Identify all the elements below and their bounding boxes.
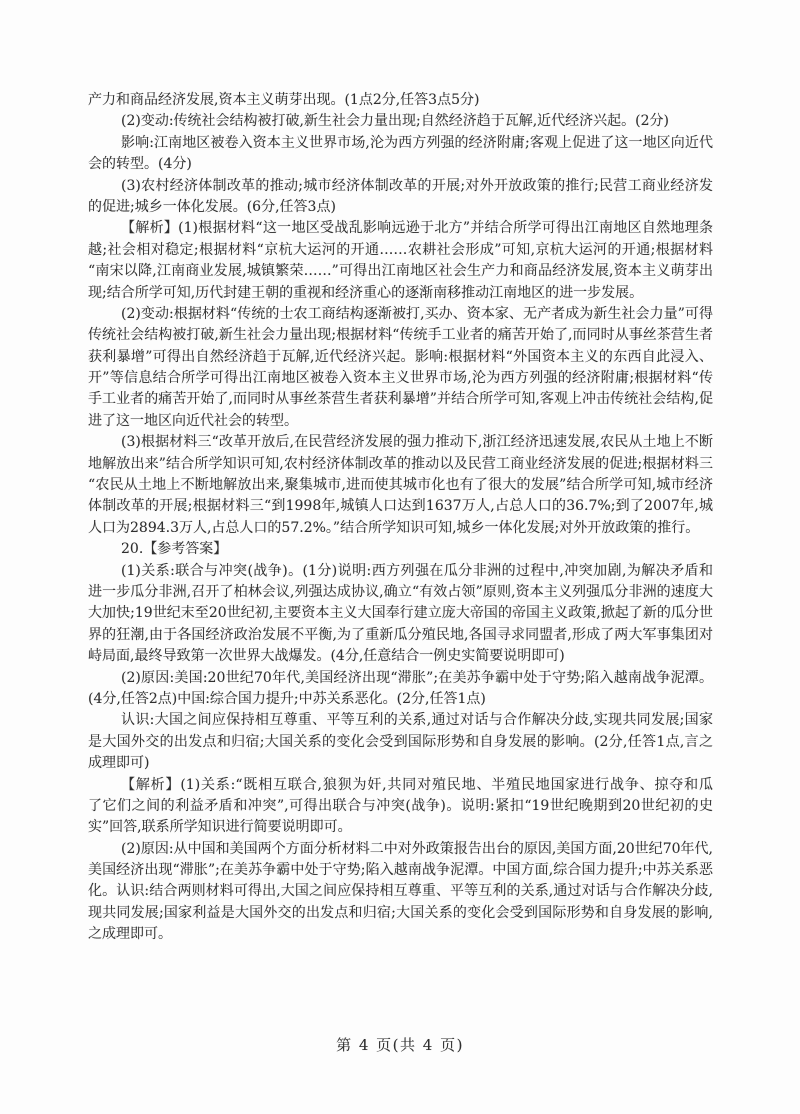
text-line: 化。认识:结合两则材料可得出,大国之间应保持相互尊重、平等互利的关系,通过对话与… <box>88 881 713 902</box>
text-line: 越;社会相对稳定;根据材料“京杭大运河的开通……农耕社会形成”可知,京杭大运河的… <box>88 240 713 261</box>
text-line: 的促进;城乡一体化发展。(6分,任答3点) <box>88 197 713 218</box>
text-line: (3)农村经济体制改革的推动;城市经济体制改革的开展;对外开放政策的推行;民营工… <box>88 176 713 197</box>
text-line: 影响:江南地区被卷入资本主义世界市场,沦为西方列强的经济附庸;客观上促进了这一地… <box>88 133 713 154</box>
text-line: 20.【参考答案】 <box>88 539 713 560</box>
text-line: 是大国外交的出发点和归宿;大国关系的变化会受到国际形势和自身发展的影响。(2分,… <box>88 732 713 753</box>
text-line: 认识:大国之间应保持相互尊重、平等互利的关系,通过对话与合作解决分歧,实现共同发… <box>88 710 713 731</box>
text-line: 手工业者的痛苦开始了,而同时从事丝茶营生者获利暴增”并结合所学可知,客观上冲击传… <box>88 389 713 410</box>
text-line: 峙局面,最终导致第一次世界大战爆发。(4分,任意结合一例史实简要说明即可) <box>88 646 713 667</box>
text-line: 人口为2894.3万人,占总人口的57.2%。”结合所学知识可知,城乡一体化发展… <box>88 518 713 539</box>
text-line: 大加快;19世纪末至20世纪初,主要资本主义大国奉行建立庞大帝国的帝国主义政策,… <box>88 603 713 624</box>
text-line: 传统社会结构被打破,新生社会力量出现;根据材料“传统手工业者的痛苦开始了,而同时… <box>88 325 713 346</box>
text-line: 美国经济出现“滞胀”;在美苏争霸中处于守势;陷入越南战争泥潭。中国方面,综合国力… <box>88 860 713 881</box>
text-line: “南宋以降,江南商业发展,城镇繁荣……”可得出江南地区社会生产力和商品经济发展,… <box>88 261 713 282</box>
text-line: (4分,任答2点)中国:综合国力提升;中苏关系恶化。(2分,任答1点) <box>88 689 713 710</box>
text-line: “农民从土地上不断地解放出来,聚集城市,进而使其城市化也有了很大的发展”结合所学… <box>88 475 713 496</box>
text-line: 产力和商品经济发展,资本主义萌芽出现。(1点2分,任答3点5分) <box>88 90 713 111</box>
text-line: (1)关系:联合与冲突(战争)。(1分)说明:西方列强在瓜分非洲的过程中,冲突加… <box>88 561 713 582</box>
text-line: (2)变动:传统社会结构被打破,新生社会力量出现;自然经济趋于瓦解,近代经济兴起… <box>88 111 713 132</box>
page-number: 第 4 页(共 4 页) <box>336 1036 464 1054</box>
text-line: 获利暴增”可得出自然经济趋于瓦解,近代经济兴起。影响:根据材料“外国资本主义的东… <box>88 347 713 368</box>
text-line: 开”等信息结合所学可得出江南地区被卷入资本主义世界市场,沦为西方列强的经济附庸;… <box>88 368 713 389</box>
text-line: 成理即可) <box>88 753 713 774</box>
text-line: 地解放出来”结合所学知识可知,农村经济体制改革的推动以及民营工商业经济发展的促进… <box>88 454 713 475</box>
text-line: 体制改革的开展;根据材料三“到1998年,城镇人口达到1637万人,占总人口的3… <box>88 496 713 517</box>
text-line: 进了这一地区向近代社会的转型。 <box>88 411 713 432</box>
text-line: (2)原因:美国:20世纪70年代,美国经济出现“滞胀”;在美苏争霸中处于守势;… <box>88 668 713 689</box>
text-line: 界的狂潮,由于各国经济政治发展不平衡,为了重新瓜分殖民地,各国寻求同盟者,形成了… <box>88 625 713 646</box>
text-line: 了它们之间的利益矛盾和冲突”,可得出联合与冲突(战争)。说明:紧扣“19世纪晚期… <box>88 796 713 817</box>
text-line: 之成理即可。 <box>88 924 713 945</box>
text-line: 现;结合所学可知,历代封建王朝的重视和经济重心的逐渐南移推动江南地区的进一步发展… <box>88 283 713 304</box>
page-footer: 第 4 页(共 4 页) <box>0 1035 800 1055</box>
text-line: (2)变动:根据材料“传统的士农工商结构逐渐被打,买办、资本家、无产者成为新生社… <box>88 304 713 325</box>
text-line: (2)原因:从中国和美国两个方面分析材料二中对外政策报告出台的原因,美国方面,2… <box>88 839 713 860</box>
document-page: 产力和商品经济发展,资本主义萌芽出现。(1点2分,任答3点5分)(2)变动:传统… <box>0 0 800 1114</box>
text-line: 进一步瓜分非洲,召开了柏林会议,列强达成协议,确立“有效占领”原则,资本主义列强… <box>88 582 713 603</box>
text-line: 现共同发展;国家利益是大国外交的出发点和归宿;大国关系的变化会受到国际形势和自身… <box>88 903 713 924</box>
text-line: 【解析】(1)根据材料“这一地区受战乱影响远逊于北方”并结合所学可得出江南地区自… <box>88 218 713 239</box>
text-line: 【解析】(1)关系:“既相互联合,狼狈为奸,共同对殖民地、半殖民地国家进行战争、… <box>88 775 713 796</box>
text-line: 会的转型。(4分) <box>88 154 713 175</box>
text-line: (3)根据材料三“改革开放后,在民营经济发展的强力推动下,浙江经济迅速发展,农民… <box>88 432 713 453</box>
answer-text-block: 产力和商品经济发展,资本主义萌芽出现。(1点2分,任答3点5分)(2)变动:传统… <box>88 90 713 946</box>
text-line: 实”回答,联系所学知识进行简要说明即可。 <box>88 817 713 838</box>
